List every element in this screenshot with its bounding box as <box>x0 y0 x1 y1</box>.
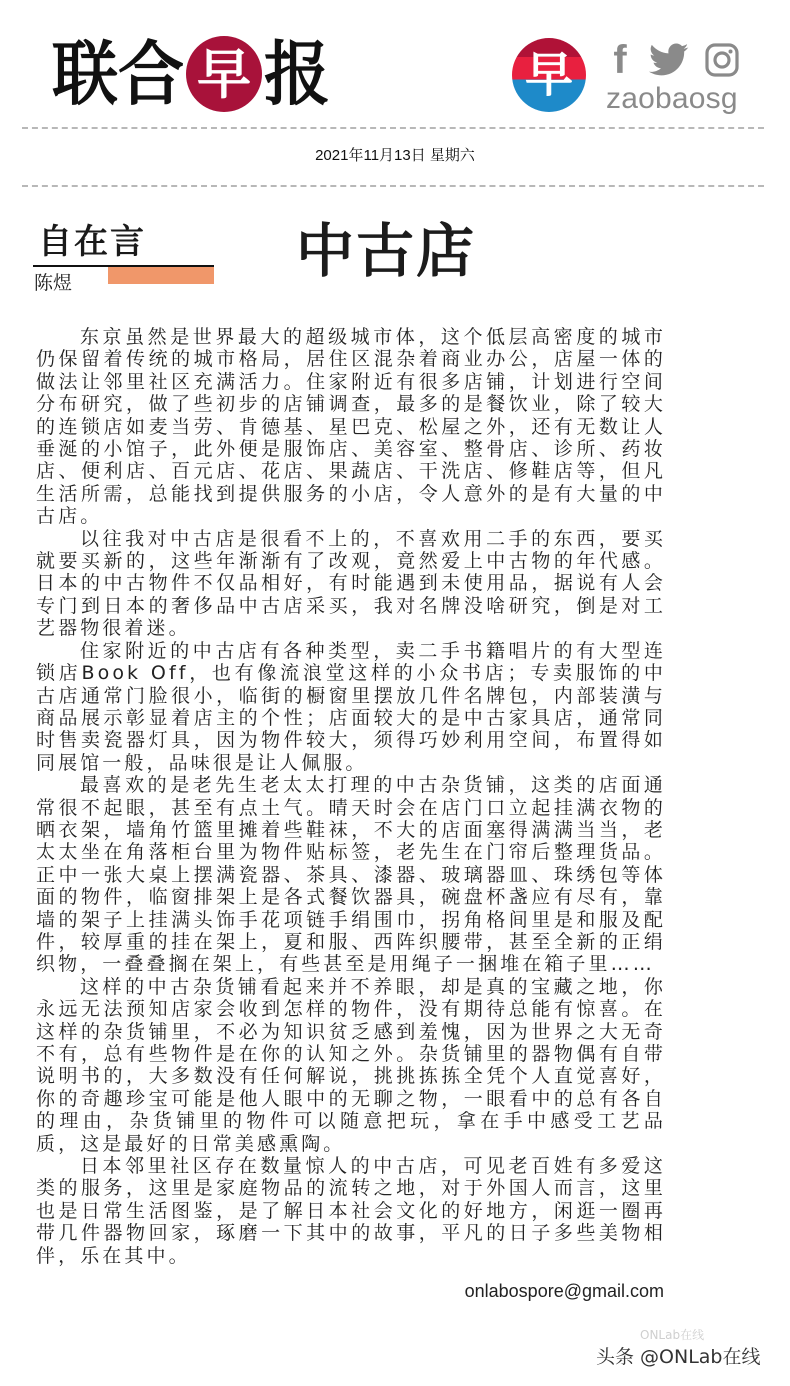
column-accent-bar <box>108 267 214 284</box>
article-paragraph: 以往我对中古店是很看不上的，不喜欢用二手的东西，要买就要买新的，这些年渐渐有了改… <box>36 528 666 640</box>
column-name: 自在言 <box>38 222 146 262</box>
article-title: 中古店 <box>296 218 476 284</box>
logo-char: 报 <box>264 34 330 114</box>
social-handle[interactable]: zaobaosg <box>606 82 741 116</box>
zaobao-logo[interactable]: 联 合 早 报 <box>52 36 330 112</box>
article-paragraph: 住家附近的中古店有各种类型，卖二手书籍唱片的有大型连锁店Book Off，也有像… <box>36 640 666 774</box>
logo-char: 早 <box>197 47 251 101</box>
zaobao-app-badge-icon[interactable]: 早 <box>512 38 586 112</box>
article-paragraph: 日本邻里社区存在数量惊人的中古店，可见老百姓有多爱这类的服务，这里是家庭物品的流… <box>36 1155 666 1267</box>
author-email[interactable]: onlabospore@gmail.com <box>36 1280 664 1302</box>
twitter-icon[interactable] <box>649 43 689 77</box>
article-paragraph: 最喜欢的是老先生老太太打理的中古杂货铺，这类的店面通常很不起眼，甚至有点土气。晴… <box>36 774 666 976</box>
logo-char: 合 <box>118 34 184 114</box>
article-paragraph: 这样的中古杂货铺看起来并不养眼，却是真的宝藏之地，你永远无法预知店家会收到怎样的… <box>36 976 666 1155</box>
article-paragraph: 东京虽然是世界最大的超级城市体，这个低层高密度的城市仍保留着传统的城市格局，居住… <box>36 326 666 528</box>
social-links: f zaobaosg <box>606 40 741 116</box>
masthead: 联 合 早 报 早 f zaobaosg <box>0 0 790 128</box>
facebook-icon[interactable]: f <box>608 40 632 80</box>
source-watermark: 头条 @ONLab在线 <box>596 1345 761 1369</box>
article-body: 东京虽然是世界最大的超级城市体，这个低层高密度的城市仍保留着传统的城市格局，居住… <box>36 326 666 1267</box>
watermark-faint: ONLab在线 <box>640 1328 704 1342</box>
publication-date: 2021年11月13日 星期六 <box>0 146 790 166</box>
instagram-icon[interactable] <box>705 43 739 77</box>
logo-red-circle: 早 <box>186 36 262 112</box>
dashed-divider <box>22 185 764 187</box>
author-name: 陈煜 <box>34 270 72 296</box>
badge-char: 早 <box>525 51 573 99</box>
dashed-divider <box>22 127 764 129</box>
logo-char: 联 <box>52 34 118 114</box>
